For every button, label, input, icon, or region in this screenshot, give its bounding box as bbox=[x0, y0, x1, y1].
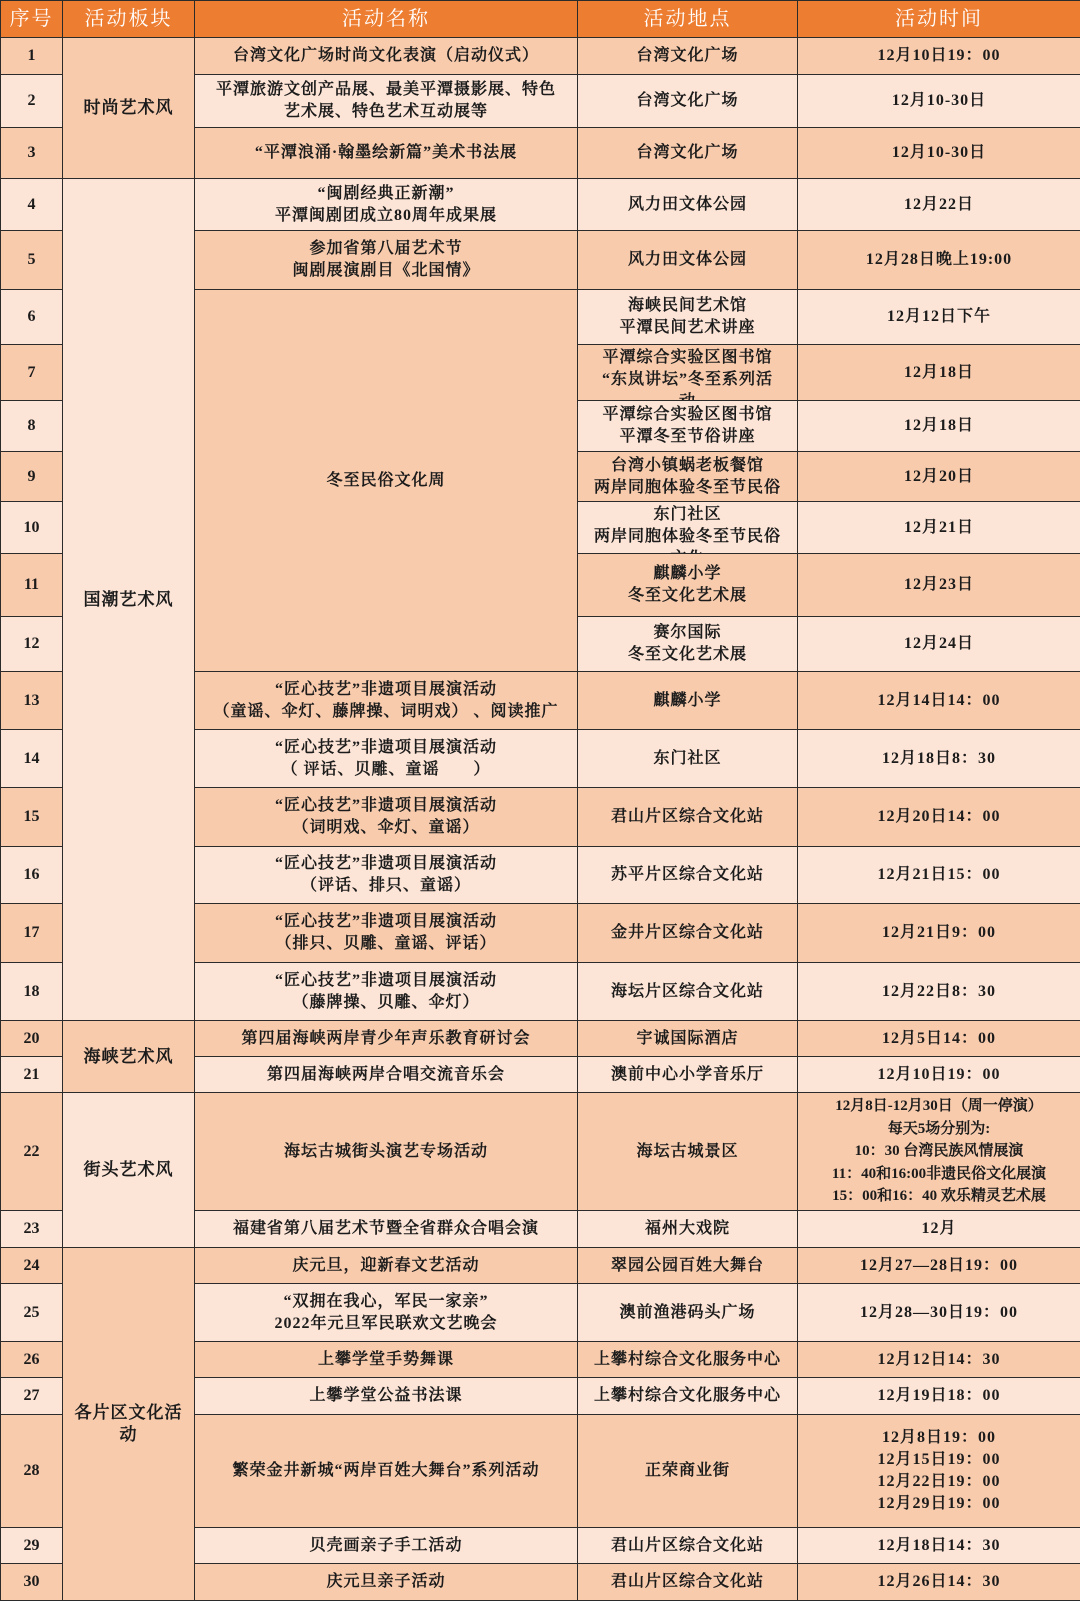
activity-time-cell: 12月8日-12月30日（周一停演） 每天5场分别为: 10：30 台湾民族风情… bbox=[798, 1093, 1080, 1211]
seq-cell: 6 bbox=[1, 290, 63, 345]
activity-time-cell: 12月21日 bbox=[798, 502, 1080, 554]
header-seq: 序号 bbox=[1, 1, 63, 38]
activity-time-cell: 12月 bbox=[798, 1211, 1080, 1248]
activity-location-cell: 平潭综合实验区图书馆 “东岚讲坛”冬至系列活 动 bbox=[578, 345, 798, 401]
activity-time-cell: 12月20日14：00 bbox=[798, 788, 1080, 847]
activity-location-cell: 台湾小镇蜗老板餐馆 两岸同胞体验冬至节民俗 bbox=[578, 452, 798, 502]
activity-time-cell: 12月10-30日 bbox=[798, 75, 1080, 128]
activity-time-cell: 12月22日 bbox=[798, 179, 1080, 231]
activity-name-cell: 上攀学堂公益书法课 bbox=[195, 1378, 578, 1415]
activity-time-cell: 12月21日15：00 bbox=[798, 847, 1080, 904]
activity-location-cell: 海坛古城景区 bbox=[578, 1093, 798, 1211]
seq-cell: 22 bbox=[1, 1093, 63, 1211]
activity-time-cell: 12月14日14：00 bbox=[798, 672, 1080, 730]
activity-name-cell: 贝壳画亲子手工活动 bbox=[195, 1528, 578, 1564]
header-location: 活动地点 bbox=[578, 1, 798, 38]
activity-name-cell: 福建省第八届艺术节暨全省群众合唱会演 bbox=[195, 1211, 578, 1248]
activity-name-cell: 庆元旦，迎新春文艺活动 bbox=[195, 1248, 578, 1284]
seq-cell: 29 bbox=[1, 1528, 63, 1564]
activity-name-cell: “匠心技艺”非遗项目展演活动 （藤牌操、贝雕、伞灯） bbox=[195, 963, 578, 1021]
activity-location-cell: 福州大戏院 bbox=[578, 1211, 798, 1248]
seq-cell: 20 bbox=[1, 1021, 63, 1057]
activity-time-cell: 12月18日14：30 bbox=[798, 1528, 1080, 1564]
activity-location-cell: 上攀村综合文化服务中心 bbox=[578, 1378, 798, 1415]
activity-location-cell: 金井片区综合文化站 bbox=[578, 904, 798, 963]
activity-time-cell: 12月12日下午 bbox=[798, 290, 1080, 345]
activity-location-cell: 台湾文化广场 bbox=[578, 38, 798, 75]
seq-cell: 3 bbox=[1, 128, 63, 179]
activity-location-cell: 风力田文体公园 bbox=[578, 179, 798, 231]
activity-name-cell: 第四届海峡两岸合唱交流音乐会 bbox=[195, 1057, 578, 1093]
activity-name-cell: 庆元旦亲子活动 bbox=[195, 1564, 578, 1601]
activity-name-cell: “匠心技艺”非遗项目展演活动 （排只、贝雕、童谣、评话） bbox=[195, 904, 578, 963]
activity-location-cell: 上攀村综合文化服务中心 bbox=[578, 1342, 798, 1378]
header-category: 活动板块 bbox=[63, 1, 195, 38]
seq-cell: 1 bbox=[1, 38, 63, 75]
category-cell: 时尚艺术风 bbox=[63, 38, 195, 179]
activity-time-cell: 12月10日19：00 bbox=[798, 1057, 1080, 1093]
activity-location-cell: 台湾文化广场 bbox=[578, 128, 798, 179]
seq-cell: 4 bbox=[1, 179, 63, 231]
seq-cell: 14 bbox=[1, 730, 63, 788]
activity-name-cell: 参加省第八届艺术节 闽剧展演剧目《北国情》 bbox=[195, 231, 578, 290]
activity-time-cell: 12月5日14：00 bbox=[798, 1021, 1080, 1057]
activity-time-cell: 12月19日18：00 bbox=[798, 1378, 1080, 1415]
activity-name-cell: “匠心技艺”非遗项目展演活动 （ 评话、贝雕、童谣 ） bbox=[195, 730, 578, 788]
activity-time-cell: 12月18日 bbox=[798, 345, 1080, 401]
seq-cell: 2 bbox=[1, 75, 63, 128]
seq-cell: 12 bbox=[1, 617, 63, 672]
activity-time-cell: 12月18日8：30 bbox=[798, 730, 1080, 788]
seq-cell: 9 bbox=[1, 452, 63, 502]
activity-location-cell: 台湾文化广场 bbox=[578, 75, 798, 128]
seq-cell: 16 bbox=[1, 847, 63, 904]
activity-time-cell: 12月20日 bbox=[798, 452, 1080, 502]
activity-name-cell: “匠心技艺”非遗项目展演活动 （评话、排只、童谣） bbox=[195, 847, 578, 904]
header-time: 活动时间 bbox=[798, 1, 1080, 38]
activity-time-cell: 12月22日8：30 bbox=[798, 963, 1080, 1021]
activity-name-cell-merged: 冬至民俗文化周 bbox=[195, 290, 578, 672]
category-cell: 街头艺术风 bbox=[63, 1093, 195, 1248]
seq-cell: 26 bbox=[1, 1342, 63, 1378]
activity-time-cell: 12月8日19：00 12月15日19：00 12月22日19：00 12月29… bbox=[798, 1415, 1080, 1528]
seq-cell: 10 bbox=[1, 502, 63, 554]
seq-cell: 11 bbox=[1, 554, 63, 617]
activity-location-cell: 东门社区 bbox=[578, 730, 798, 788]
activity-location-cell: 麒麟小学 bbox=[578, 672, 798, 730]
seq-cell: 18 bbox=[1, 963, 63, 1021]
activity-time-cell: 12月28日晚上19:00 bbox=[798, 231, 1080, 290]
activity-location-cell: 麒麟小学 冬至文化艺术展 bbox=[578, 554, 798, 617]
activity-name-cell: 上攀学堂手势舞课 bbox=[195, 1342, 578, 1378]
activity-location-cell: 风力田文体公园 bbox=[578, 231, 798, 290]
seq-cell: 7 bbox=[1, 345, 63, 401]
activity-location-cell: 澳前渔港码头广场 bbox=[578, 1284, 798, 1342]
category-cell: 各片区文化活动 bbox=[63, 1248, 195, 1601]
seq-cell: 28 bbox=[1, 1415, 63, 1528]
activity-name-cell: “平潭浪涌·翰墨绘新篇”美术书法展 bbox=[195, 128, 578, 179]
seq-cell: 27 bbox=[1, 1378, 63, 1415]
seq-cell: 21 bbox=[1, 1057, 63, 1093]
activity-location-cell: 君山片区综合文化站 bbox=[578, 788, 798, 847]
header-name: 活动名称 bbox=[195, 1, 578, 38]
activity-name-cell: “闽剧经典正新潮” 平潭闽剧团成立80周年成果展 bbox=[195, 179, 578, 231]
seq-cell: 23 bbox=[1, 1211, 63, 1248]
activity-location-cell: 翠园公园百姓大舞台 bbox=[578, 1248, 798, 1284]
activity-location-cell: 平潭综合实验区图书馆 平潭冬至节俗讲座 bbox=[578, 401, 798, 452]
seq-cell: 13 bbox=[1, 672, 63, 730]
activity-time-cell: 12月27—28日19：00 bbox=[798, 1248, 1080, 1284]
activity-location-cell: 君山片区综合文化站 bbox=[578, 1564, 798, 1601]
activity-time-cell: 12月21日9：00 bbox=[798, 904, 1080, 963]
seq-cell: 8 bbox=[1, 401, 63, 452]
activity-name-cell: “匠心技艺”非遗项目展演活动 （童谣、伞灯、藤牌操、词明戏） 、阅读推广 bbox=[195, 672, 578, 730]
activity-location-cell: 苏平片区综合文化站 bbox=[578, 847, 798, 904]
activity-name-cell: 台湾文化广场时尚文化表演（启动仪式） bbox=[195, 38, 578, 75]
seq-cell: 5 bbox=[1, 231, 63, 290]
activity-time-cell: 12月18日 bbox=[798, 401, 1080, 452]
activity-name-cell: “双拥在我心，军民一家亲” 2022年元旦军民联欢文艺晚会 bbox=[195, 1284, 578, 1342]
activity-name-cell: 海坛古城街头演艺专场活动 bbox=[195, 1093, 578, 1211]
seq-cell: 15 bbox=[1, 788, 63, 847]
activity-location-cell: 澳前中心小学音乐厅 bbox=[578, 1057, 798, 1093]
activity-schedule-table: 序号 活动板块 活动名称 活动地点 活动时间 时尚艺术风 国潮艺术风 海峡艺术风… bbox=[0, 0, 1080, 1601]
seq-cell: 24 bbox=[1, 1248, 63, 1284]
activity-name-cell: 平潭旅游文创产品展、最美平潭摄影展、特色 艺术展、特色艺术互动展等 bbox=[195, 75, 578, 128]
activity-time-cell: 12月28—30日19：00 bbox=[798, 1284, 1080, 1342]
seq-cell: 17 bbox=[1, 904, 63, 963]
activity-name-cell: “匠心技艺”非遗项目展演活动 （词明戏、伞灯、童谣） bbox=[195, 788, 578, 847]
category-cell: 海峡艺术风 bbox=[63, 1021, 195, 1093]
activity-location-cell: 东门社区 两岸同胞体验冬至节民俗 文化 bbox=[578, 502, 798, 554]
activity-name-cell: 第四届海峡两岸青少年声乐教育研讨会 bbox=[195, 1021, 578, 1057]
activity-time-cell: 12月10日19：00 bbox=[798, 38, 1080, 75]
activity-location-cell: 君山片区综合文化站 bbox=[578, 1528, 798, 1564]
activity-location-cell: 正荣商业街 bbox=[578, 1415, 798, 1528]
activity-name-cell: 繁荣金井新城“两岸百姓大舞台”系列活动 bbox=[195, 1415, 578, 1528]
seq-cell: 25 bbox=[1, 1284, 63, 1342]
activity-time-cell: 12月24日 bbox=[798, 617, 1080, 672]
activity-time-cell: 12月10-30日 bbox=[798, 128, 1080, 179]
activity-time-cell: 12月23日 bbox=[798, 554, 1080, 617]
activity-time-cell: 12月12日14：30 bbox=[798, 1342, 1080, 1378]
category-cell: 国潮艺术风 bbox=[63, 179, 195, 1021]
activity-location-cell: 海峡民间艺术馆 平潭民间艺术讲座 bbox=[578, 290, 798, 345]
activity-time-cell: 12月26日14：30 bbox=[798, 1564, 1080, 1601]
activity-location-cell: 赛尔国际 冬至文化艺术展 bbox=[578, 617, 798, 672]
seq-cell: 30 bbox=[1, 1564, 63, 1601]
activity-location-cell: 海坛片区综合文化站 bbox=[578, 963, 798, 1021]
activity-location-cell: 宇诚国际酒店 bbox=[578, 1021, 798, 1057]
